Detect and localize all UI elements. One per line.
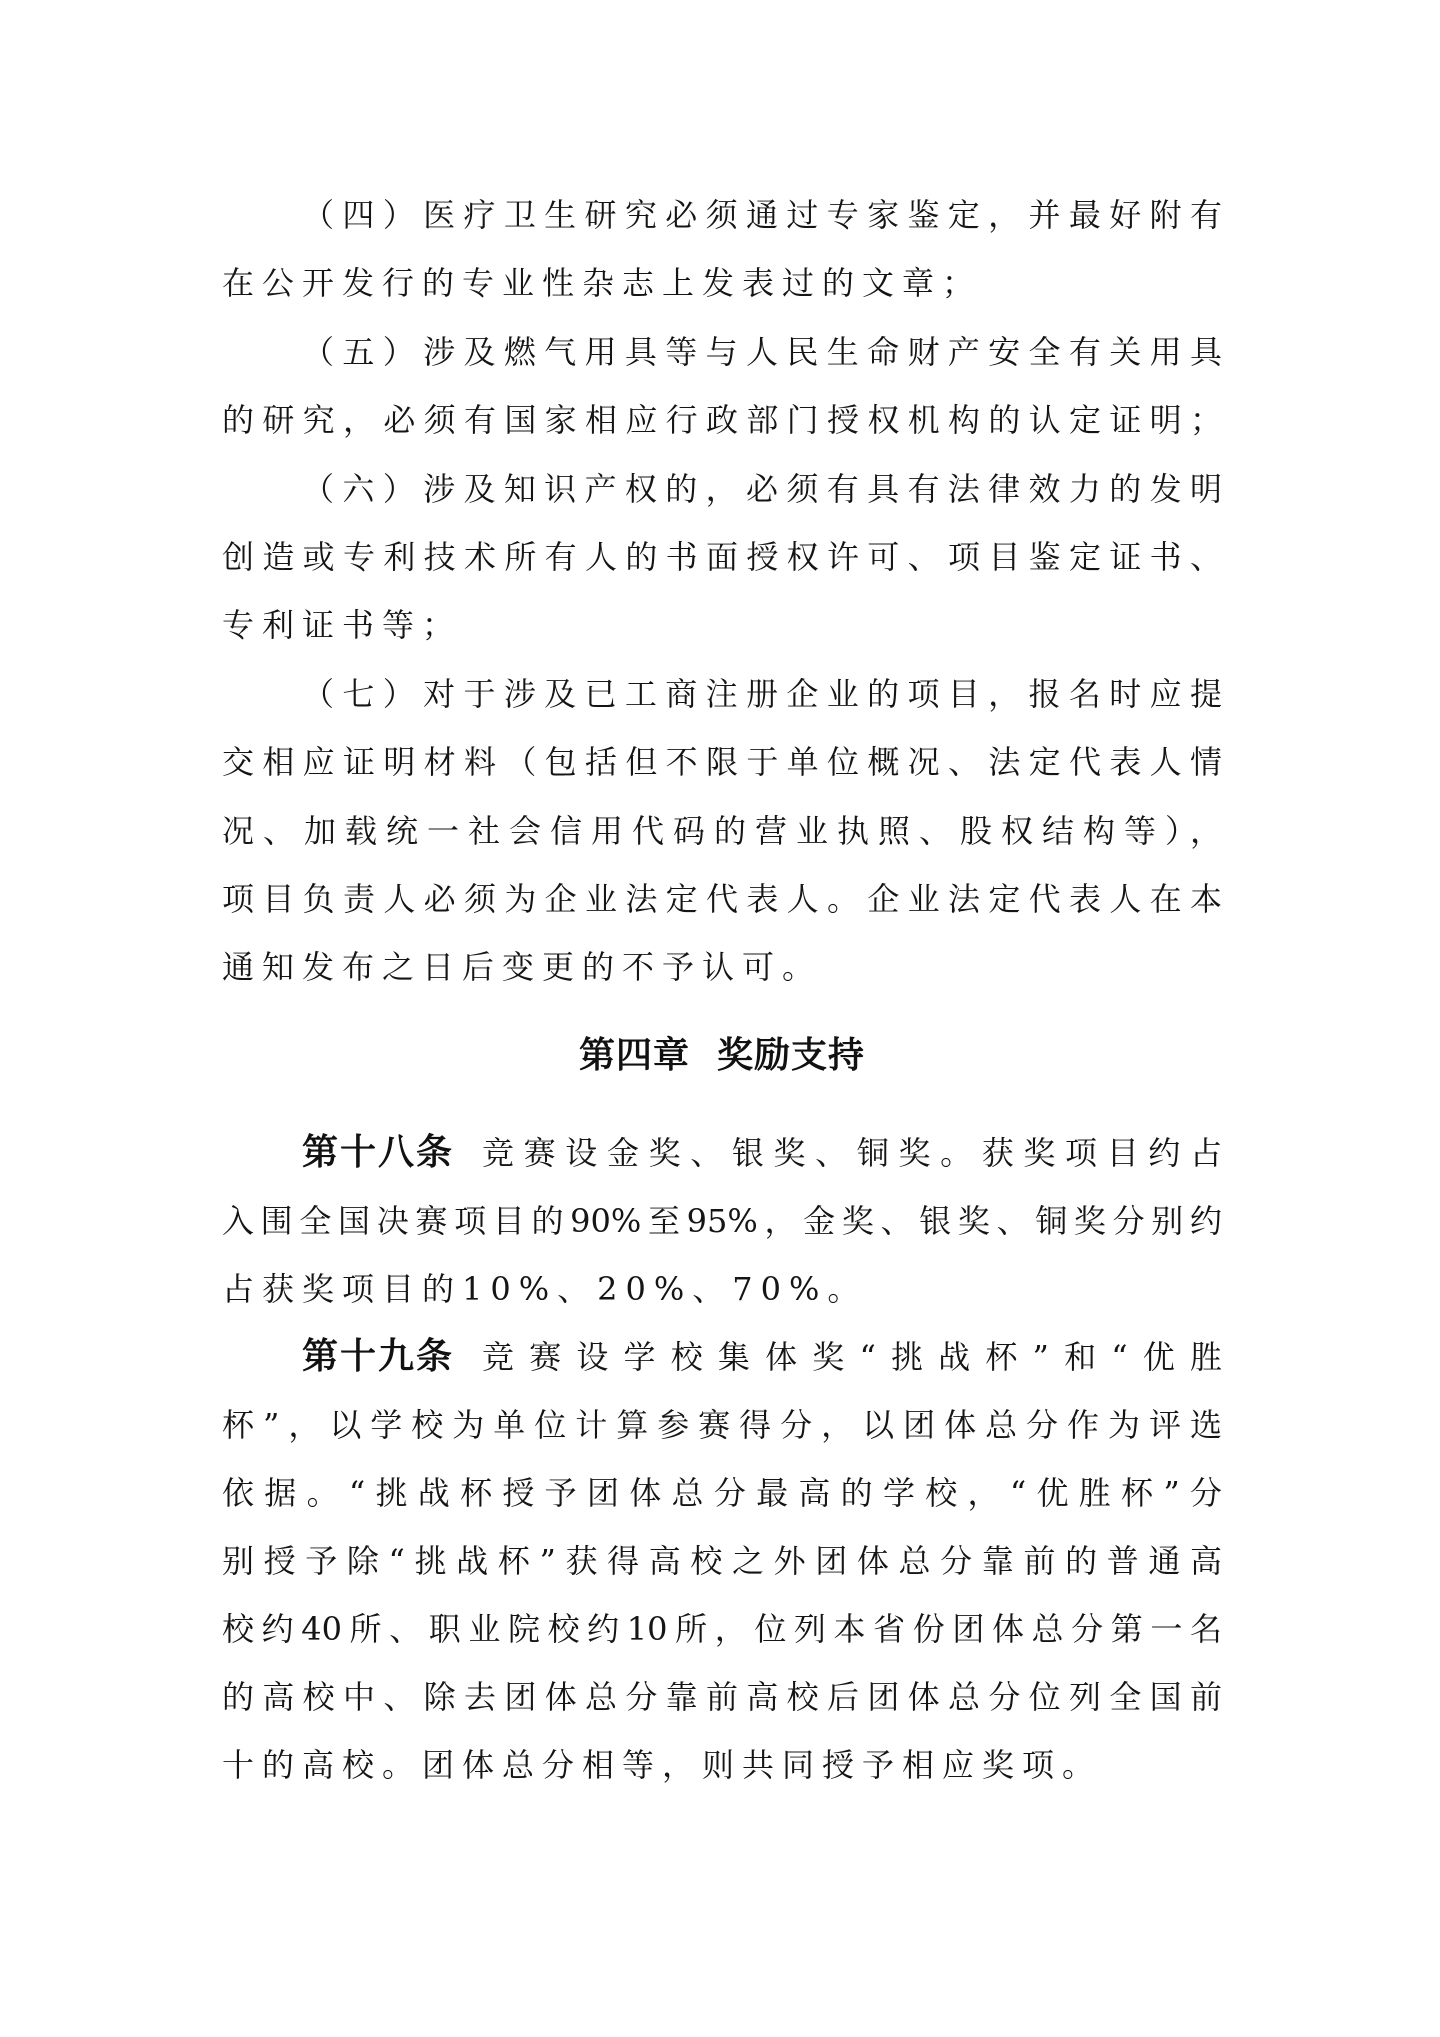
text-line: （四）医疗卫生研究必须通过专家鉴定，并最好附有 [222, 181, 1222, 249]
text-line: 的高校中、除去团体总分靠前高校后团体总分位列全国前 [222, 1663, 1222, 1731]
article-19: 第十九条 竞赛设学校集体奖“挑战杯”和“优胜 杯”，以学校为单位计算参赛得分，以… [222, 1323, 1222, 1799]
chapter-heading: 第四章 奖励支持 [222, 1022, 1222, 1090]
text-line: （七）对于涉及已工商注册企业的项目，报名时应提 [222, 660, 1222, 728]
text-line: 占获奖项目的10%、20%、70%。 [222, 1255, 1222, 1323]
paragraph-item-5: （五）涉及燃气用具等与人民生命财产安全有关用具 的研究，必须有国家相应行政部门授… [222, 318, 1222, 455]
article-label: 第十八条 [302, 1119, 454, 1187]
text-line: 入围全国决赛项目的90%至95%，金奖、银奖、铜奖分别约 [222, 1187, 1222, 1255]
articles-section: 第十八条 竞赛设金奖、银奖、铜奖。获奖项目约占 入围全国决赛项目的90%至95%… [222, 1119, 1222, 1799]
document-page: （四）医疗卫生研究必须通过专家鉴定，并最好附有 在公开发行的专业性杂志上发表过的… [222, 181, 1222, 1799]
text-line: 杯”，以学校为单位计算参赛得分，以团体总分作为评选 [222, 1391, 1222, 1459]
paragraph-item-4: （四）医疗卫生研究必须通过专家鉴定，并最好附有 在公开发行的专业性杂志上发表过的… [222, 181, 1222, 318]
requirements-section: （四）医疗卫生研究必须通过专家鉴定，并最好附有 在公开发行的专业性杂志上发表过的… [222, 181, 1222, 1002]
article-first-line: 第十九条 竞赛设学校集体奖“挑战杯”和“优胜 [222, 1323, 1222, 1391]
article-label: 第十九条 [302, 1323, 454, 1391]
paragraph-item-6: （六）涉及知识产权的，必须有具有法律效力的发明 创造或专利技术所有人的书面授权许… [222, 455, 1222, 660]
text-line: 校约40所、职业院校约10所，位列本省份团体总分第一名 [222, 1595, 1222, 1663]
text-line: 创造或专利技术所有人的书面授权许可、项目鉴定证书、 [222, 523, 1222, 591]
text-line: 项目负责人必须为企业法定代表人。企业法定代表人在本 [222, 865, 1222, 933]
text-line: 通知发布之日后变更的不予认可。 [222, 933, 1222, 1001]
text-line: 况、加载统一社会信用代码的营业执照、股权结构等）， [222, 797, 1222, 865]
text-line: （六）涉及知识产权的，必须有具有法律效力的发明 [222, 455, 1222, 523]
article-first-line: 第十八条 竞赛设金奖、银奖、铜奖。获奖项目约占 [222, 1119, 1222, 1187]
article-18: 第十八条 竞赛设金奖、银奖、铜奖。获奖项目约占 入围全国决赛项目的90%至95%… [222, 1119, 1222, 1323]
text-line: 交相应证明材料（包括但不限于单位概况、法定代表人情 [222, 728, 1222, 796]
article-text: 竞赛设学校集体奖“挑战杯”和“优胜 [482, 1323, 1222, 1391]
article-text: 竞赛设金奖、银奖、铜奖。获奖项目约占 [482, 1119, 1222, 1187]
text-line: 在公开发行的专业性杂志上发表过的文章； [222, 249, 1222, 317]
text-line: （五）涉及燃气用具等与人民生命财产安全有关用具 [222, 318, 1222, 386]
text-line: 的研究，必须有国家相应行政部门授权机构的认定证明； [222, 386, 1222, 454]
text-line: 专利证书等； [222, 591, 1222, 659]
text-line: 别授予除“挑战杯”获得高校之外团体总分靠前的普通高 [222, 1527, 1222, 1595]
paragraph-item-7: （七）对于涉及已工商注册企业的项目，报名时应提 交相应证明材料（包括但不限于单位… [222, 660, 1222, 1002]
text-line: 依据。“挑战杯授予团体总分最高的学校，“优胜杯”分 [222, 1459, 1222, 1527]
text-line: 十的高校。团体总分相等，则共同授予相应奖项。 [222, 1731, 1222, 1799]
